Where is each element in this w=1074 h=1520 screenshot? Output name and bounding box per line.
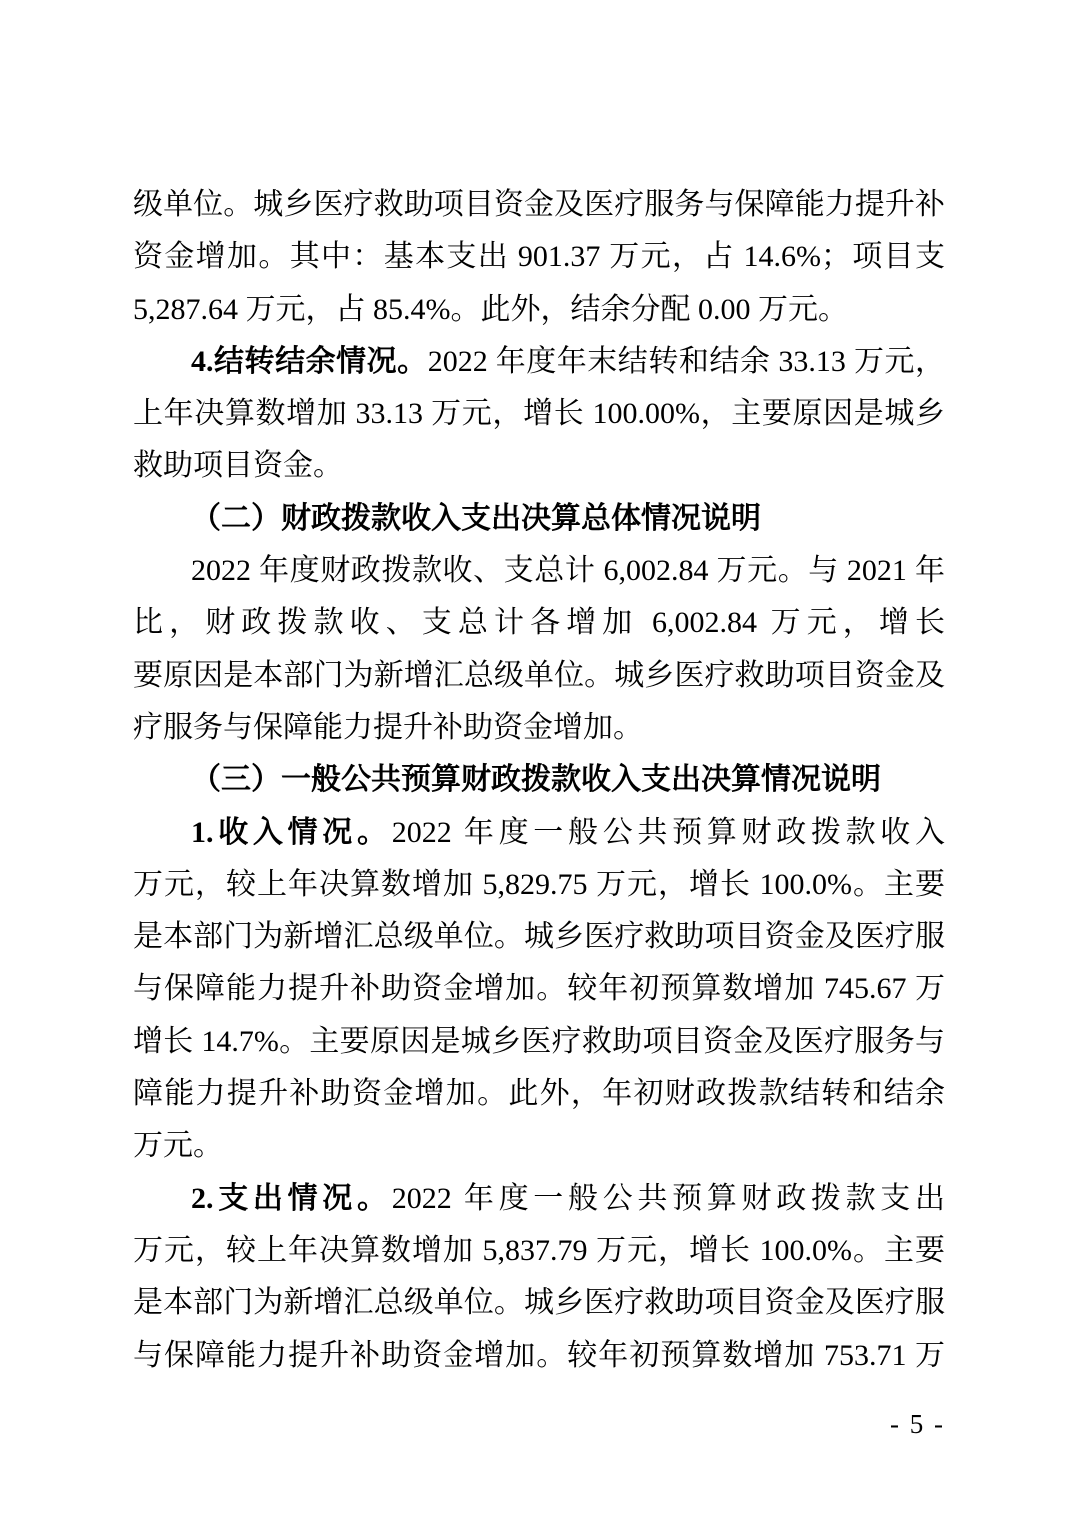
bold-text-run: （三）一般公共预算财政拨款收入支出决算情况说明 (191, 763, 881, 796)
text-run: 上年决算数增加 33.13 万元，增长 100.00%，主要原因是城乡医疗 (133, 397, 945, 440)
text-run: 级单位。城乡医疗救助项目资金及医疗服务与保障能力提升补助 (133, 188, 945, 231)
text-line: 是本部门为新增汇总级单位。城乡医疗救助项目资金及医疗服务 (133, 911, 945, 963)
text-run: 万元，较上年决算数增加 5,837.79 万元，增长 100.0%。主要原因 (133, 1234, 945, 1277)
text-run: 5,287.64 万元，占 85.4%。此外，结余分配 0.00 万元。 (133, 293, 848, 326)
text-line: 2.支出情况。2022 年度一般公共预算财政拨款支出 5,837.79 (133, 1173, 945, 1225)
text-line: 上年决算数增加 33.13 万元，增长 100.00%，主要原因是城乡医疗 (133, 388, 945, 440)
text-run: 要原因是本部门为新增汇总级单位。城乡医疗救助项目资金及医 (133, 659, 945, 702)
text-line: 与保障能力提升补助资金增加。较年初预算数增加 745.67 万元， (133, 963, 945, 1015)
page-number: - 5 - (890, 1408, 945, 1440)
text-line: 5,287.64 万元，占 85.4%。此外，结余分配 0.00 万元。 (133, 284, 945, 336)
text-run: 资金增加。其中：基本支出 901.37 万元，占 14.6%；项目支出 (133, 240, 945, 283)
bold-text-run: 4.结转结余情况。 (191, 345, 428, 378)
text-run: 增长 14.7%。主要原因是城乡医疗救助项目资金及医疗服务与保 (133, 1025, 945, 1068)
text-run: 疗服务与保障能力提升补助资金增加。 (133, 711, 643, 744)
text-line: 疗服务与保障能力提升补助资金增加。 (133, 702, 945, 754)
text-line: 级单位。城乡医疗救助项目资金及医疗服务与保障能力提升补助 (133, 179, 945, 231)
text-line: 救助项目资金。 (133, 440, 945, 492)
text-line: （二）财政拨款收入支出决算总体情况说明 (133, 493, 945, 545)
text-run: 救助项目资金。 (133, 449, 343, 482)
text-line: 2022 年度财政拨款收、支总计 6,002.84 万元。与 2021 年相 (133, 545, 945, 597)
bold-text-run: 2.支出情况。 (191, 1182, 392, 1215)
text-run: 与保障能力提升补助资金增加。较年初预算数增加 753.71 万元， (133, 1339, 945, 1382)
document-page: 级单位。城乡医疗救助项目资金及医疗服务与保障能力提升补助资金增加。其中：基本支出… (0, 0, 1074, 1520)
text-run: 障能力提升补助资金增加。此外，年初财政拨款结转和结余 11.09 (133, 1077, 945, 1120)
text-run: 万元，较上年决算数增加 5,829.75 万元，增长 100.0%。主要原因 (133, 868, 945, 911)
text-line: 4.结转结余情况。2022 年度年末结转和结余 33.13 万元，较 (133, 336, 945, 388)
text-line: 资金增加。其中：基本支出 901.37 万元，占 14.6%；项目支出 (133, 231, 945, 283)
text-line: （三）一般公共预算财政拨款收入支出决算情况说明 (133, 754, 945, 806)
document-body: 级单位。城乡医疗救助项目资金及医疗服务与保障能力提升补助资金增加。其中：基本支出… (133, 179, 945, 1382)
text-run: 是本部门为新增汇总级单位。城乡医疗救助项目资金及医疗服务 (133, 920, 945, 963)
text-line: 增长 14.7%。主要原因是城乡医疗救助项目资金及医疗服务与保 (133, 1016, 945, 1068)
text-run: 万元。 (133, 1129, 223, 1162)
text-run: 是本部门为新增汇总级单位。城乡医疗救助项目资金及医疗服务 (133, 1286, 945, 1329)
text-line: 万元，较上年决算数增加 5,829.75 万元，增长 100.0%。主要原因 (133, 859, 945, 911)
bold-text-run: 1.收入情况。 (191, 816, 392, 849)
text-line: 要原因是本部门为新增汇总级单位。城乡医疗救助项目资金及医 (133, 650, 945, 702)
text-line: 万元，较上年决算数增加 5,837.79 万元，增长 100.0%。主要原因 (133, 1225, 945, 1277)
text-line: 1.收入情况。2022 年度一般公共预算财政拨款收入 5,829.75 (133, 807, 945, 859)
bold-text-run: （二）财政拨款收入支出决算总体情况说明 (191, 502, 761, 535)
text-line: 万元。 (133, 1120, 945, 1172)
text-line: 与保障能力提升补助资金增加。较年初预算数增加 753.71 万元， (133, 1330, 945, 1382)
text-run: 2022 年度财政拨款收、支总计 6,002.84 万元。与 2021 年相 (191, 554, 945, 597)
text-line: 障能力提升补助资金增加。此外，年初财政拨款结转和结余 11.09 (133, 1068, 945, 1120)
text-run: 与保障能力提升补助资金增加。较年初预算数增加 745.67 万元， (133, 972, 945, 1015)
text-line: 比，财政拨款收、支总计各增加 6,002.84 万元，增长 100.0%。主 (133, 597, 945, 649)
text-line: 是本部门为新增汇总级单位。城乡医疗救助项目资金及医疗服务 (133, 1277, 945, 1329)
text-run: 比，财政拨款收、支总计各增加 6,002.84 万元，增长 100.0%。主 (133, 606, 945, 649)
